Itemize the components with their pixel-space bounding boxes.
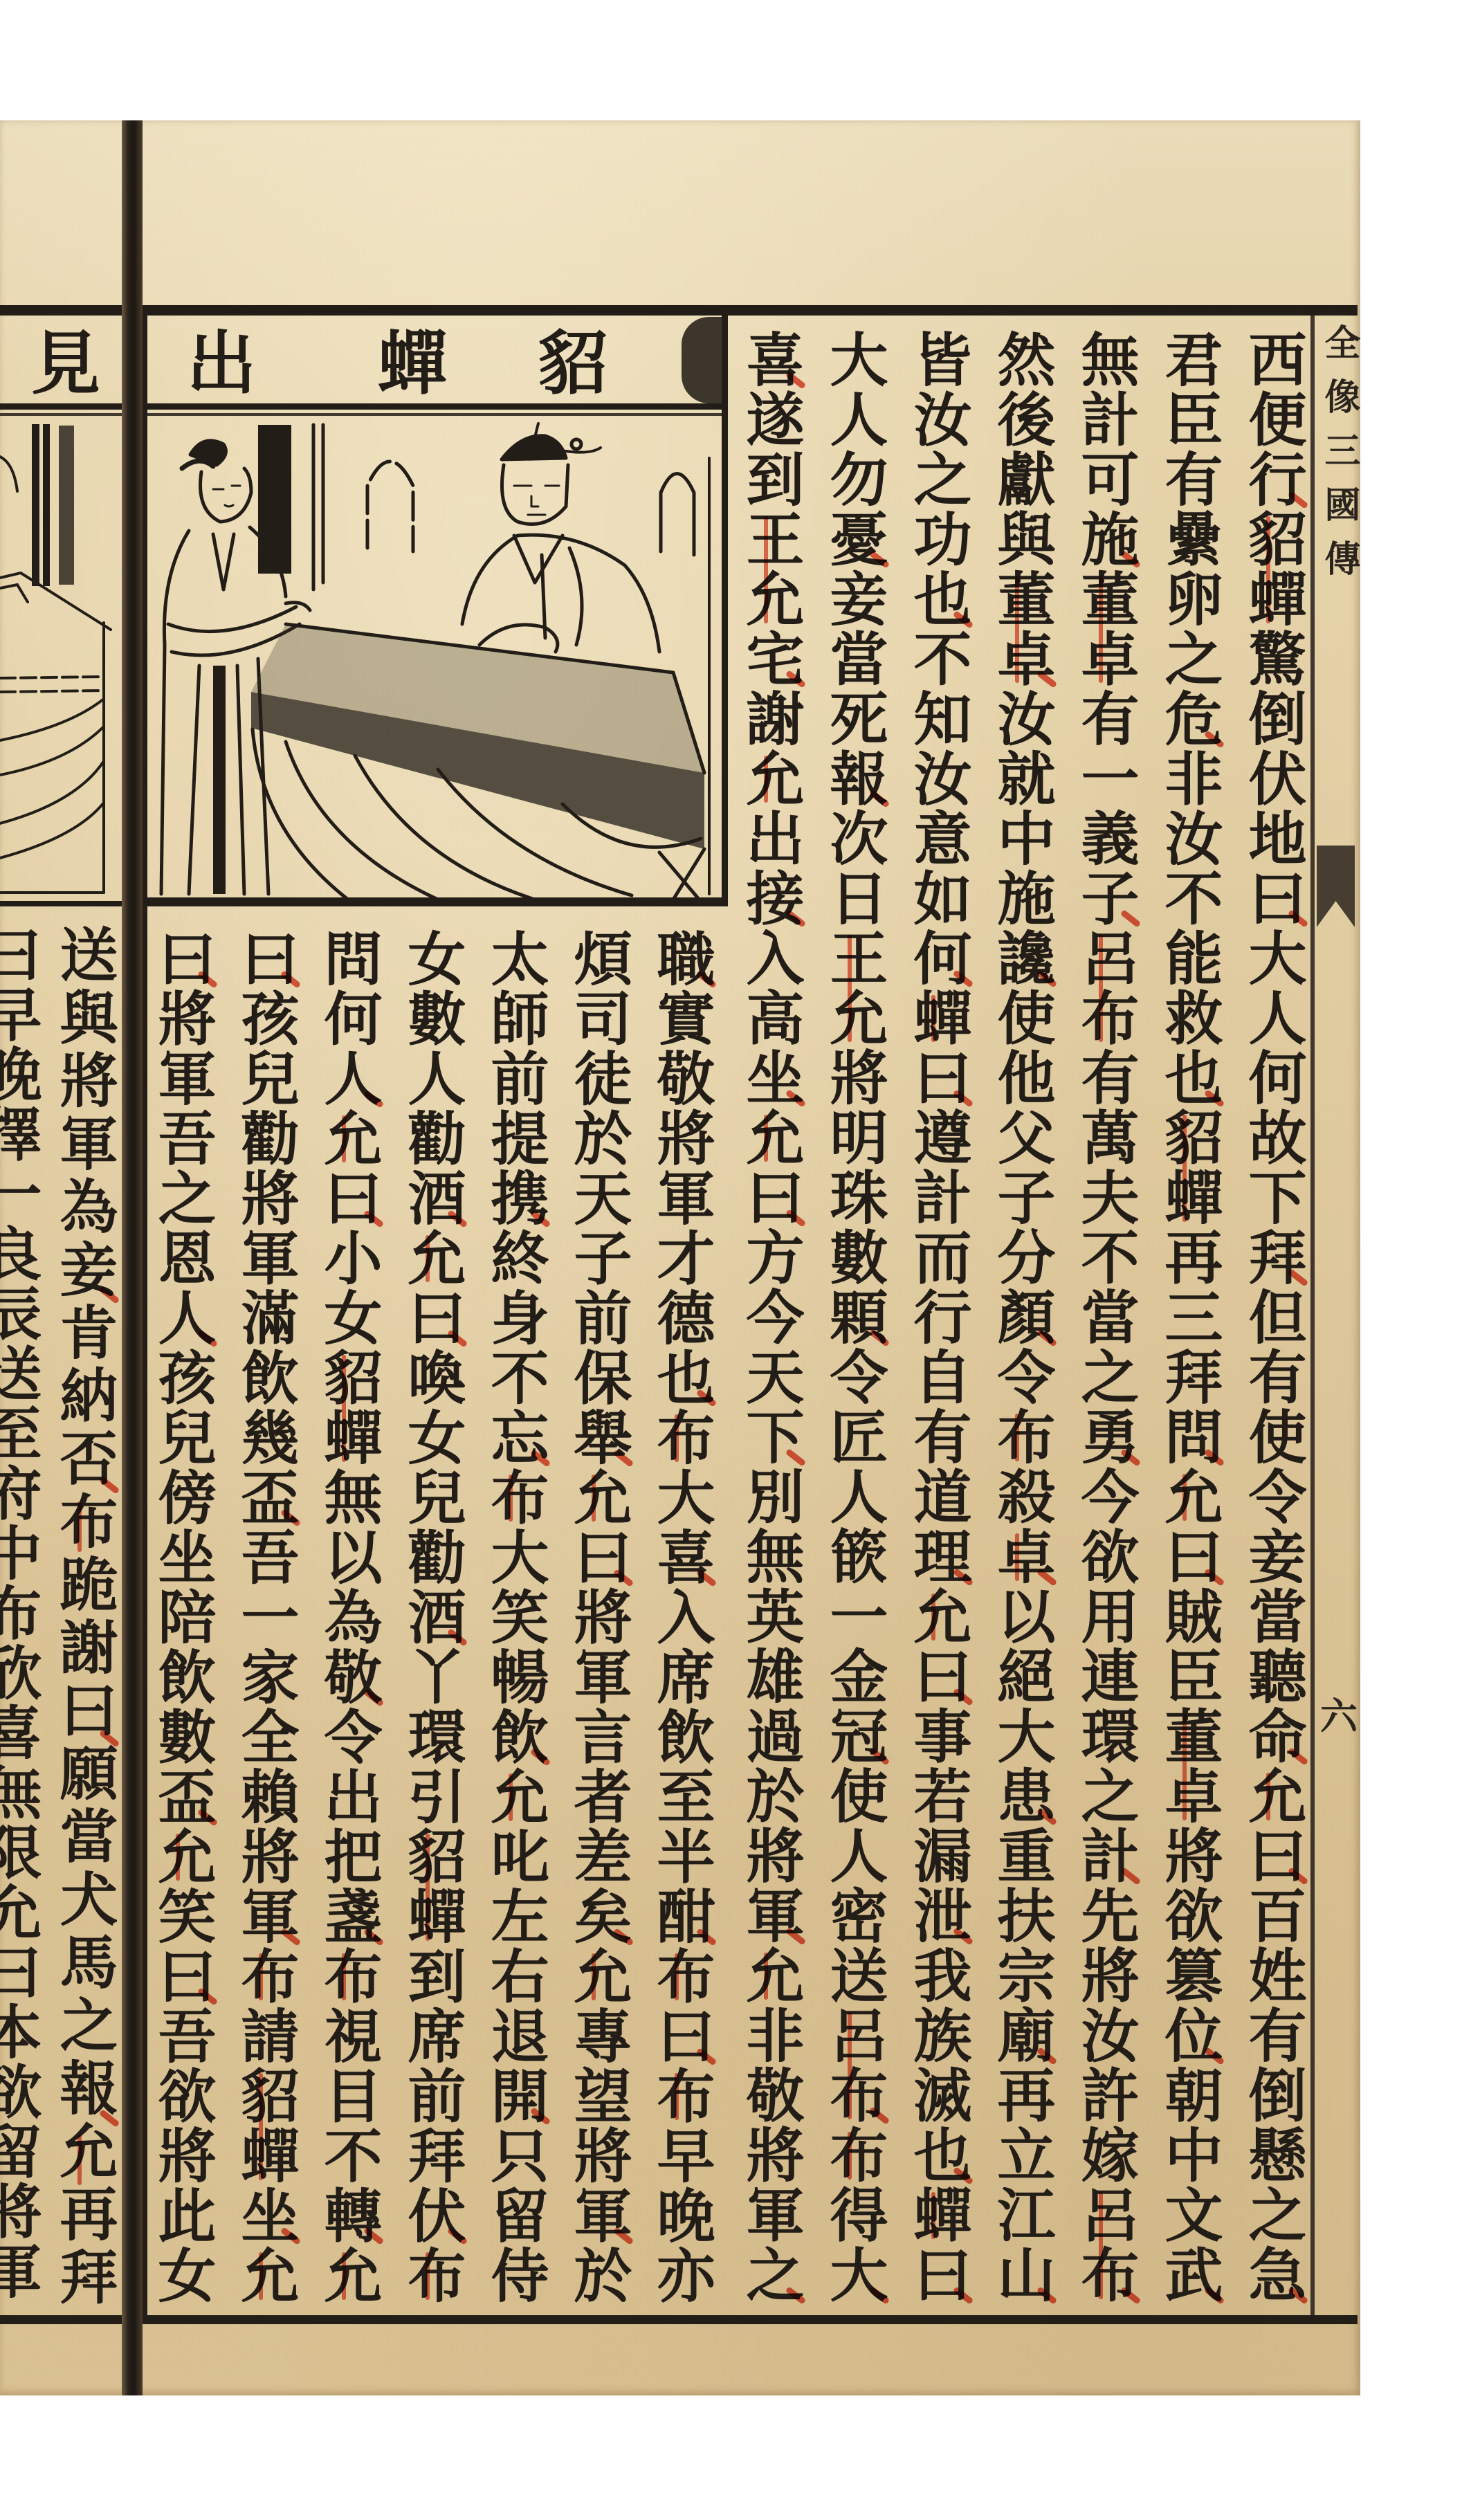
text-column-lower-1: 職實敬將軍才德也布大喜入席飲至半酣布曰布早晚亦 <box>651 929 712 2306</box>
red-name-underline <box>77 1501 82 1553</box>
illustration-right-rule <box>722 305 728 906</box>
red-name-underline <box>426 1834 430 1941</box>
red-name-underline <box>342 2252 346 2300</box>
red-name-underline <box>1099 935 1103 1042</box>
text-column-upper-5: 皆汝之功也不知汝意如何蟬曰遵計而行自有道理允曰事若漏泄我族滅也蟬曰 <box>908 329 969 2305</box>
margin-book-title: 全像三國傳 <box>1320 324 1358 594</box>
top-frame-rule <box>0 305 1358 316</box>
red-name-underline <box>509 1773 513 1821</box>
red-name-underline <box>764 516 768 623</box>
red-name-underline <box>848 2132 852 2180</box>
red-name-underline <box>764 1115 768 1162</box>
red-name-underline <box>342 1355 346 1462</box>
red-name-underline <box>1182 1115 1187 1222</box>
red-name-underline <box>1266 516 1270 623</box>
red-name-underline <box>1182 1713 1187 1820</box>
scanned-book-spread: 見 送與將軍為妾肯納否布跪謝曰願當犬馬之報允再拜 曰早晚擇一良辰送至府中布欣喜無… <box>0 0 1471 2520</box>
text-column-lower-5: 問何人允曰小女貂蟬無以為敬令出把盞布視目不轉允 <box>318 929 379 2306</box>
red-name-underline <box>592 1474 596 1522</box>
right-frame-rule <box>1310 316 1315 2315</box>
red-name-underline <box>848 935 852 1042</box>
red-name-underline <box>509 1474 513 1522</box>
left-page-text-column: 送與將軍為妾肯納否布跪謝曰願當犬馬之報允再拜 <box>54 924 115 2310</box>
red-name-underline <box>675 1953 679 2001</box>
title-cartouche-ornament <box>682 317 722 403</box>
illustration-title-char-1: 貂 <box>538 325 607 401</box>
text-column-lower-3: 太師前提携終身不忘布大笑暢飲允叱左右退開只留侍 <box>485 929 546 2306</box>
red-name-underline <box>675 2073 679 2121</box>
red-name-underline <box>176 1834 180 1881</box>
red-name-underline <box>1099 576 1103 683</box>
red-name-underline <box>592 1953 596 2001</box>
red-name-underline <box>931 1594 935 1641</box>
woodcut-illustration <box>147 417 722 901</box>
left-illustration-title-fragment: 見 <box>31 325 100 401</box>
red-name-underline <box>931 995 935 1043</box>
red-name-underline <box>1015 576 1019 683</box>
bottom-frame-rule <box>0 2315 1358 2324</box>
text-column-upper-4: 然後獻與董卓汝就中施讒使他父子分顏令布殺卓以絕大患重扶宗廟再立江山 <box>992 329 1052 2305</box>
red-name-underline <box>848 2012 852 2119</box>
text-column-lower-4: 女數人勸酒允曰喚女兒勸酒丫環引貂蟬到席前拜伏布 <box>402 929 463 2306</box>
red-name-underline <box>764 1953 768 2000</box>
red-name-underline <box>675 1414 679 1462</box>
page-number: 六 <box>1320 1695 1358 1737</box>
red-name-underline <box>764 756 768 803</box>
red-name-underline <box>426 1235 430 1283</box>
red-name-underline <box>1266 1773 1270 1820</box>
left-illustration-fragment <box>0 415 122 900</box>
text-column-lower-2: 煩司徒於天子前保舉允曰將軍言者差矣允專望將軍於 <box>568 929 629 2306</box>
text-column-upper-3: 無計可施董卓有一義子呂布有萬夫不當之勇今欲用連環之計先將汝許嫁呂布 <box>1075 329 1136 2305</box>
illustration-title-char-3: 出 <box>187 325 256 401</box>
red-name-underline <box>1015 1414 1019 1461</box>
red-name-underline <box>259 1953 263 2001</box>
left-page-fragment: 見 送與將軍為妾肯納否布跪謝曰願當犬馬之報允再拜 曰早晚擇一良辰送至府中布欣喜無… <box>0 0 122 2520</box>
illustration-title-char-2: 蟬 <box>378 325 447 401</box>
text-column-lower-7: 曰將軍吾之恩人孩兒傍坐陪飲數盃允笑曰吾欲將此女 <box>152 929 213 2306</box>
text-column-upper-1: 西便行貂蟬驚倒伏地曰大人何故下拜但有使令妾當聽命允曰百姓有倒懸之急 <box>1243 329 1304 2305</box>
red-name-underline <box>259 2252 263 2300</box>
red-name-underline <box>77 2135 82 2186</box>
left-page-text-column-partial: 曰早晚擇一良辰送至府中布欣喜無限允曰本欲留將軍 <box>0 924 39 2301</box>
red-name-underline <box>259 2073 263 2180</box>
text-column-upper-6: 大人勿憂妾當死報次日王允將明珠數顆令匠人篏一金冠使人密送呂布布得大 <box>824 329 885 2305</box>
red-name-underline <box>1099 2192 1103 2299</box>
red-name-underline <box>342 1115 346 1163</box>
book-gutter-fold <box>122 120 143 2395</box>
text-column-upper-7: 喜遂到王允宅謝允出接入高坐允曰方今天下別無英雄過於將軍允非敬將軍之 <box>740 329 801 2305</box>
text-column-lower-6: 曰孩兒勸將軍滿飲幾盃吾一家全賴將軍布請貂蟬坐允 <box>235 929 296 2306</box>
red-name-underline <box>342 1953 346 2001</box>
red-name-underline <box>426 2252 430 2300</box>
red-name-underline <box>931 2192 935 2240</box>
text-column-upper-2: 君臣有纍卵之危非汝不能救也貂蟬再三拜問允曰賊臣董卓將欲篡位朝中文武 <box>1159 329 1220 2305</box>
red-name-underline <box>1015 1533 1019 1581</box>
red-name-underline <box>1182 1474 1187 1522</box>
